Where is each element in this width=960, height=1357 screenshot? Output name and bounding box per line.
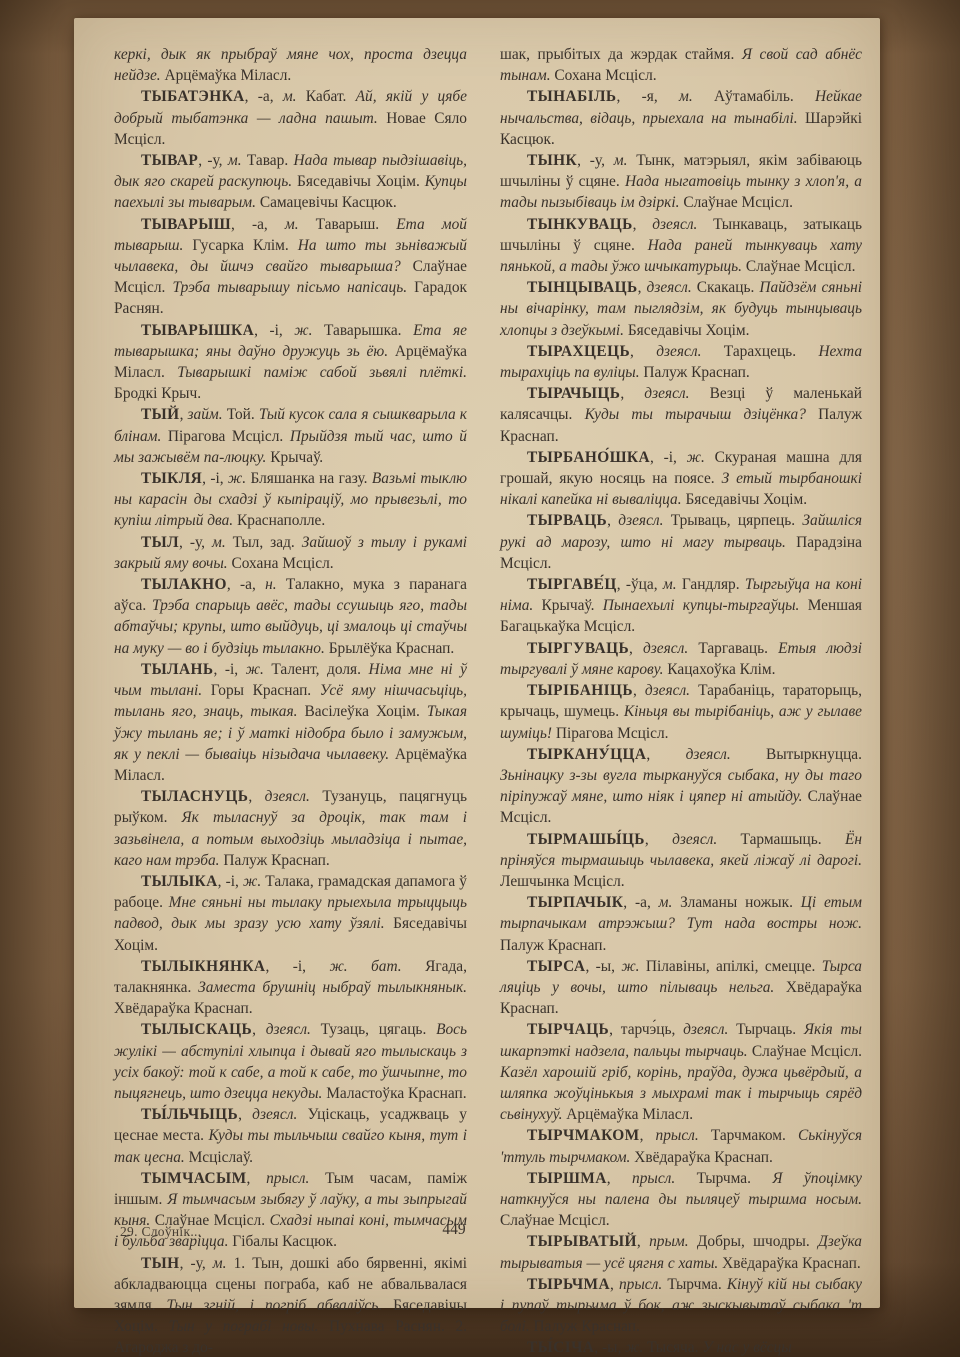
roman-text: Добры, шчодры. [689,1233,818,1250]
roman-text: , [607,512,618,529]
italic-text: ж. [228,470,246,487]
roman-text: Тармашыць. [717,831,845,848]
roman-text: , -ўца, [617,576,663,593]
roman-text: Пірагова Мсцісл. [556,725,669,742]
italic-text: Пынаехылі купцы-тыргаўцы. [603,597,808,614]
roman-text: Горы Краснап. [211,682,320,699]
dictionary-entry: ТЫ́ЛЬЧЫЦЬ, дзеясл. Уціскаць, усаджваць у… [114,1104,467,1168]
headword: ТЫРГАВЕ́Ц [527,576,617,593]
roman-text: шак, прыбітых да жэрдак стаймя. [500,46,742,63]
roman-text: Таварышка. [312,322,413,339]
roman-text: Тырчма. [675,1170,772,1187]
dictionary-entry: ТЫБАТЭНКА, -а, м. Кабат. Ай, якій у цябе… [114,86,467,150]
roman-text: Крычаў. [270,449,323,466]
headword: ТЫБАТЭНКА [141,88,245,105]
italic-text: займ. [188,406,223,423]
roman-text: Палуж Краснап. [643,364,749,381]
italic-text: ж. [625,1339,643,1356]
roman-text: Кабат. [297,88,356,105]
roman-text: , [238,1106,252,1123]
roman-text: , [180,406,188,423]
roman-text: Бяседавічы Хоцім. [297,173,425,190]
roman-text: , [630,343,656,360]
dictionary-entry: ТЫЛЫКА, -і, ж. Талака, грамадская дапамо… [114,871,467,956]
roman-text: , [629,640,643,657]
headword: ТЫВАРЫШКА [141,322,254,339]
italic-text: прысл. [266,1170,309,1187]
roman-text: , [607,1170,632,1187]
roman-text: Хвёдараўка Краснап. [634,1149,773,1166]
continuation-paragraph: керкі, дык як прыбраў мяне чох, проста д… [114,44,467,86]
roman-text: Слаўнае Мсцісл. [752,1043,862,1060]
headword: ТЫНАБІЛЬ [527,88,616,105]
dictionary-text-block: керкі, дык як прыбраў мяне чох, проста д… [114,44,862,1357]
italic-text: Тын згній, і погріб абваліўсь. [166,1297,393,1314]
headword: ТЫЛАКНО [141,576,227,593]
page-number: 449 [409,1221,499,1239]
roman-text: , [646,746,685,763]
book-photo-background: { "page": { "number": "449", "footer_not… [0,0,960,1357]
italic-text: дзеясл. [672,831,717,848]
italic-text: дзеясл. [645,682,690,699]
headword: ТЫМЧАСЫМ [141,1170,247,1187]
italic-text: ж. бат. [329,958,401,975]
dictionary-entry: ТЫРАХЦЕЦЬ, дзеясл. Тарахцець. Нехта тыра… [500,341,862,383]
roman-text: , тарчэ́ць, [609,1021,683,1038]
roman-text: Тарахцець. [701,343,818,360]
italic-text: дзеясл. [652,216,697,233]
roman-text: Брылёўка Краснап. [329,640,455,657]
roman-text: Талент, доля. [264,661,369,678]
italic-text: Трэба тыварышу пісьмо напісаць. [172,279,414,296]
italic-text: м. [283,88,297,105]
headword: ТЫРЧАЦЬ [527,1021,609,1038]
roman-text: Зламаны ножык. [672,894,800,911]
roman-text: Хвёдараўка Краснап. [114,1000,253,1017]
roman-text: Кацахоўка Клім. [667,661,775,678]
roman-text: Тавар. [242,152,294,169]
italic-text: м. [228,152,242,169]
roman-text: Пірагова Мсцісл. [168,428,290,445]
roman-text: Палуж Краснап. [223,852,329,869]
roman-text: , -а, [245,88,283,105]
italic-text: м. [679,88,693,105]
roman-text: , [247,1170,267,1187]
headword: ТЫРАЧЫЦЬ [527,385,620,402]
italic-text: м. [663,576,677,593]
roman-text: Сохана Мсцісл. [554,67,656,84]
dictionary-entry: ТЫКЛЯ, -і, ж. Бляшанка на газу. Вазьмі т… [114,468,467,532]
dictionary-entry: ТЫЛЫСКАЦЬ, дзеясл. Тузаць, цягаць. Вось … [114,1019,467,1104]
dictionary-entry: ТЫН, -у, м. 1. Тын, дошкі або бярвенні, … [114,1253,467,1357]
roman-text: Палуж Краснап. [500,937,606,954]
roman-text: , [620,385,644,402]
roman-text: , -ы, [585,958,621,975]
dictionary-entry: ТЫ́СІЧА, -ы, ж. Тысяча. У нас у вёсцы [500,1337,862,1357]
roman-text: , [252,1021,266,1038]
headword: ТЫРВАЦЬ [527,512,607,529]
italic-text: м. [285,216,299,233]
dictionary-entry: ТЫВАРЫШ, -а, м. Таварыш. Ета мой тыварыш… [114,214,467,320]
roman-text: , [610,1276,619,1293]
dictionary-entry: ТЫРГУВАЦЬ, дзеясл. Таргаваць. Етыя людзі… [500,638,862,680]
roman-text: Краснаполле. [237,512,325,529]
headword: ТЫРСА [527,958,585,975]
headword: ТЫРАХЦЕЦЬ [527,343,630,360]
dictionary-entry: ТЫНЦЫВАЦЬ, дзеясл. Скакаць. Пайдзём сянь… [500,277,862,341]
dictionary-entry: ТЫНАБІЛЬ, -я, м. Аўтамабіль. Нейкае ныча… [500,86,862,150]
headword: ТЫВАРЫШ [141,216,231,233]
italic-text: прысл. [619,1276,662,1293]
roman-text: Лешчынка Мсцісл. [500,873,625,890]
headword: ТЫНЦЫВАЦЬ [527,279,638,296]
headword: ТЫРЧМАКОМ [527,1127,640,1144]
roman-text: Той. [223,406,259,423]
roman-text: , -і, [650,449,687,466]
roman-text: Крычаў. [542,597,603,614]
roman-text: Васілеўка Хоцім. [304,703,426,720]
dictionary-entry: ТЫРВАЦЬ, дзеясл. Трываць, цярпець. Зайшл… [500,510,862,574]
headword: ТЫЛЫКНЯНКА [141,958,265,975]
headword: ТЫН [141,1255,180,1272]
roman-text: Слаўнае Мсцісл. [746,258,856,275]
roman-text: Таргаваць. [688,640,778,657]
italic-text: дзеясл. [656,343,701,360]
headword: ТЫВАР [141,152,198,169]
left-column: керкі, дык як прыбраў мяне чох, проста д… [114,44,467,1357]
roman-text: Мсціслаў. [189,1149,253,1166]
roman-text: Тысяча. [643,1339,702,1356]
italic-text: Тыварышкі паміж сабой зьвялі плёткі. [177,364,467,381]
roman-text: , [645,831,672,848]
italic-text: дзеясл. [683,1021,728,1038]
roman-text: Таварыш. [299,216,397,233]
dictionary-entry: ТЫЛАКНО, -а, н. Талакно, мука з паранага… [114,574,467,659]
roman-text: Трываць, цярпець. [663,512,802,529]
headword: ТЫЛЫСКАЦЬ [141,1021,252,1038]
roman-text: Арцёмаўка Міласл. [164,67,291,84]
roman-text: Хвёдараўка Краснап. [722,1255,861,1272]
italic-text: прысл. [656,1127,699,1144]
book-page: керкі, дык як прыбраў мяне чох, проста д… [74,18,880,1308]
roman-text: , [248,788,264,805]
headword: ТЫРПАЧЫК [527,894,623,911]
roman-text: Вытыркнуцца. [731,746,862,763]
roman-text: , -і, [214,661,246,678]
dictionary-entry: ТЫРПАЧЫК, -а, м. Зламаны ножык. Ці етым … [500,892,862,956]
roman-text: Тыл, зад. [226,534,302,551]
italic-text: прысл. [632,1170,675,1187]
headword: ТЫ́ЛЬЧЫЦЬ [141,1106,238,1123]
italic-text: Куды ты тырачыш дзіцёнка? [585,406,819,423]
roman-text: Бяседавічы Хоцім. [685,491,807,508]
roman-text: Бяседавічы Хоцім. [628,322,750,339]
roman-text: Сохана Мсцісл. [231,555,333,572]
roman-text: , -і, [202,470,228,487]
italic-text: дзеясл. [647,279,692,296]
roman-text: Пілавіны, апілкі, смецце. [639,958,821,975]
headword: ТЫЛАНЬ [141,661,214,678]
roman-text: , -а, [231,216,285,233]
roman-text: Слаўнае Мсцісл. [683,194,793,211]
dictionary-entry: ТЫРСА, -ы, ж. Пілавіны, апілкі, смецце. … [500,956,862,1020]
roman-text: Аўтамабіль. [693,88,815,105]
dictionary-entry: ТЫРБАНО́ШКА, -і, ж. Скураная машна для г… [500,447,862,511]
dictionary-entry: ТЫВАРЫШКА, -і, ж. Таварышка. Ета яе тыва… [114,320,467,405]
right-column: шак, прыбітых да жэрдак стаймя. Я свой с… [500,44,862,1357]
roman-text: Тарчмаком. [699,1127,798,1144]
headword: ТЫЙ [141,406,180,423]
italic-text: м. [614,152,628,169]
roman-text: , [633,682,645,699]
roman-text: Гандляр. [677,576,745,593]
footer-signature-note: 29. Слоўнік... [120,1224,201,1240]
italic-text: н. [265,576,276,593]
italic-text: прым. [649,1233,688,1250]
dictionary-entry: ТЫНК, -у, м. Тынк, матэрыял, якім забіва… [500,150,862,214]
roman-text: Гусарка Клім. [192,237,297,254]
roman-text: , -а, [623,894,658,911]
headword: ТЫРКАНУ́ЦЦА [527,746,646,763]
dictionary-entry: ТЫЛЫКНЯНКА, -і, ж. бат. Ягада, талакнянк… [114,956,467,1020]
headword: ТЫРЬЧМА [527,1276,610,1293]
roman-text: Слаўнае Мсцісл. [500,1212,610,1229]
dictionary-entry: ТЫЛАСНУЦЬ, дзеясл. Тузануць, пацягнуць р… [114,786,467,871]
roman-text: Бляшанка на газу. [246,470,372,487]
italic-text: ж. [243,873,261,890]
dictionary-entry: ТЫРАЧЫЦЬ, дзеясл. Везці ў маленькай каля… [500,383,862,447]
headword: ТЫРІБАНІЦЬ [527,682,633,699]
roman-text: Скакаць. [692,279,760,296]
italic-text: ж. [621,958,639,975]
dictionary-entry: ТЫЙ, займ. Той. Тый кусок сала я сышквар… [114,404,467,468]
headword: ТЫРМАШЫ́ЦЬ [527,831,645,848]
roman-text: , -а, [227,576,265,593]
headword: ТЫНКУВАЦЬ [527,216,633,233]
dictionary-entry: ТЫРГАВЕ́Ц, -ўца, м. Гандляр. Тыргыўца на… [500,574,862,638]
dictionary-entry: ТЫРШМА, прысл. Тырчма. Я ўпоцімку наткну… [500,1168,862,1232]
continuation-paragraph: шак, прыбітых да жэрдак стаймя. Я свой с… [500,44,862,86]
italic-text: ж. [687,449,705,466]
italic-text: дзеясл. [266,1021,311,1038]
dictionary-entry: ТЫЛ, -у, м. Тыл, зад. Зайшоў з тылу і ру… [114,532,467,574]
roman-text: Арцёмаўка Міласл. [566,1106,693,1123]
roman-text: , [640,1127,656,1144]
roman-text: Гібалы Касцюк. [232,1233,337,1250]
headword: ТЫКЛЯ [141,470,202,487]
headword: ТЫЛАСНУЦЬ [141,788,248,805]
italic-text: дзеясл. [252,1106,297,1123]
roman-text: , [638,279,647,296]
italic-text: м. [213,1255,227,1272]
roman-text: , -і, [254,322,294,339]
roman-text: Тырчаць. [728,1021,804,1038]
roman-text: , -у, [180,1255,213,1272]
roman-text: , -ы, [594,1339,625,1356]
headword: ТЫ́СІЧА [527,1339,594,1356]
italic-text: м. [659,894,673,911]
roman-text: , -я, [616,88,679,105]
roman-text: , -у, [198,152,228,169]
italic-text: Заместа брушніц ныбраў тылыкнянык. [198,979,467,996]
italic-text: м. [212,534,226,551]
roman-text: Самацевічы Касцюк. [260,194,397,211]
italic-text: дзеясл. [686,746,731,763]
roman-text: Тырчма. [662,1276,727,1293]
italic-text: дзеясл. [618,512,663,529]
roman-text: , -і, [218,873,243,890]
roman-text: Бродкі Крыч. [114,385,201,402]
dictionary-entry: ТЫРІБАНІЦЬ, дзеясл. Тарабаніць, тараторы… [500,680,862,744]
roman-text: , -у, [179,534,212,551]
italic-text: дзеясл. [265,788,310,805]
roman-text: , -у, [577,152,614,169]
dictionary-entry: ТЫНКУВАЦЬ, дзеясл. Тынкаваць, затыкаць ш… [500,214,862,278]
roman-text: Тузаць, цягаць. [311,1021,436,1038]
roman-text: , [633,216,653,233]
dictionary-entry: ТЫРЧАЦЬ, тарчэ́ць, дзеясл. Тырчаць. Якія… [500,1019,862,1125]
headword: ТЫРГУВАЦЬ [527,640,629,657]
italic-text: дзеясл. [643,640,688,657]
roman-text: , -і, [265,958,329,975]
dictionary-entry: ТЫРЧМАКОМ, прысл. Тарчмаком. Ськінуўся '… [500,1125,862,1167]
headword: ТЫРШМА [527,1170,607,1187]
italic-text: дзеясл. [644,385,689,402]
headword: ТЫРБАНО́ШКА [527,449,650,466]
italic-text: ж. [294,322,312,339]
roman-text: Маластоўка Краснап. [326,1085,466,1102]
italic-text: ж. [246,661,264,678]
headword: ТЫЛЫКА [141,873,218,890]
italic-text: Тын у пограбі новы. [169,1318,330,1335]
dictionary-entry: ТЫРЬЧМА, прысл. Тырчма. Кінуў кій ны сыб… [500,1274,862,1338]
italic-text: У нас у вёсцы [702,1339,791,1356]
headword: ТЫНК [527,152,577,169]
dictionary-entry: ТЫРКАНУ́ЦЦА, дзеясл. Вытыркнуцца. Зьніна… [500,744,862,829]
roman-text: Палуж Краснап. [534,1318,640,1335]
headword: ТЫЛ [141,534,179,551]
dictionary-entry: ТЫЛАНЬ, -і, ж. Талент, доля. Німа мне ні… [114,659,467,786]
headword: ТЫРЫВАТЫЙ [527,1233,637,1250]
dictionary-entry: ТЫВАР, -у, м. Тавар. Нада тывар пыдзішав… [114,150,467,214]
dictionary-entry: ТЫРМАШЫ́ЦЬ, дзеясл. Тармашыць. Ён пріняў… [500,829,862,893]
roman-text: , [637,1233,649,1250]
dictionary-entry: ТЫРЫВАТЫЙ, прым. Добры, шчодры. Дзеўка т… [500,1231,862,1273]
